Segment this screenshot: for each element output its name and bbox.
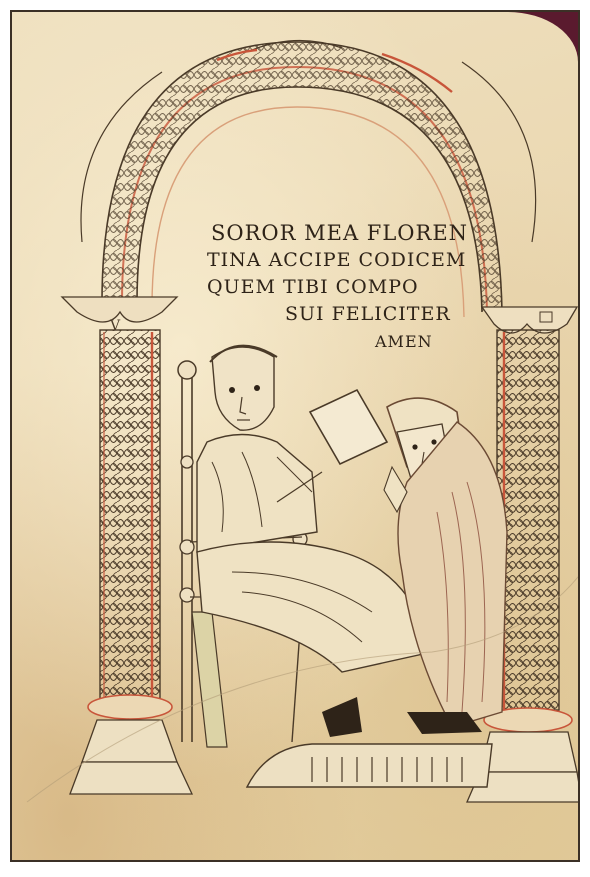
left-capital: V — [62, 297, 177, 334]
illumination: V — [12, 12, 580, 862]
inscription-line-4: SUI FELICITER — [207, 301, 537, 328]
inscription-line-5: AMEN — [207, 328, 537, 355]
inscription-line-1: SOROR MEA FLOREN — [207, 220, 537, 247]
inscription-line-3: QUEM TIBI COMPO — [207, 274, 537, 301]
image-frame: V — [10, 10, 580, 862]
inscription-line-2: TINA ACCIPE CODICEM — [207, 247, 537, 274]
footstool — [247, 744, 492, 787]
dedication-inscription: SOROR MEA FLOREN TINA ACCIPE CODICEM QUE… — [207, 220, 537, 355]
interlace-column-left — [70, 330, 192, 794]
kneeling-figure — [384, 398, 507, 734]
